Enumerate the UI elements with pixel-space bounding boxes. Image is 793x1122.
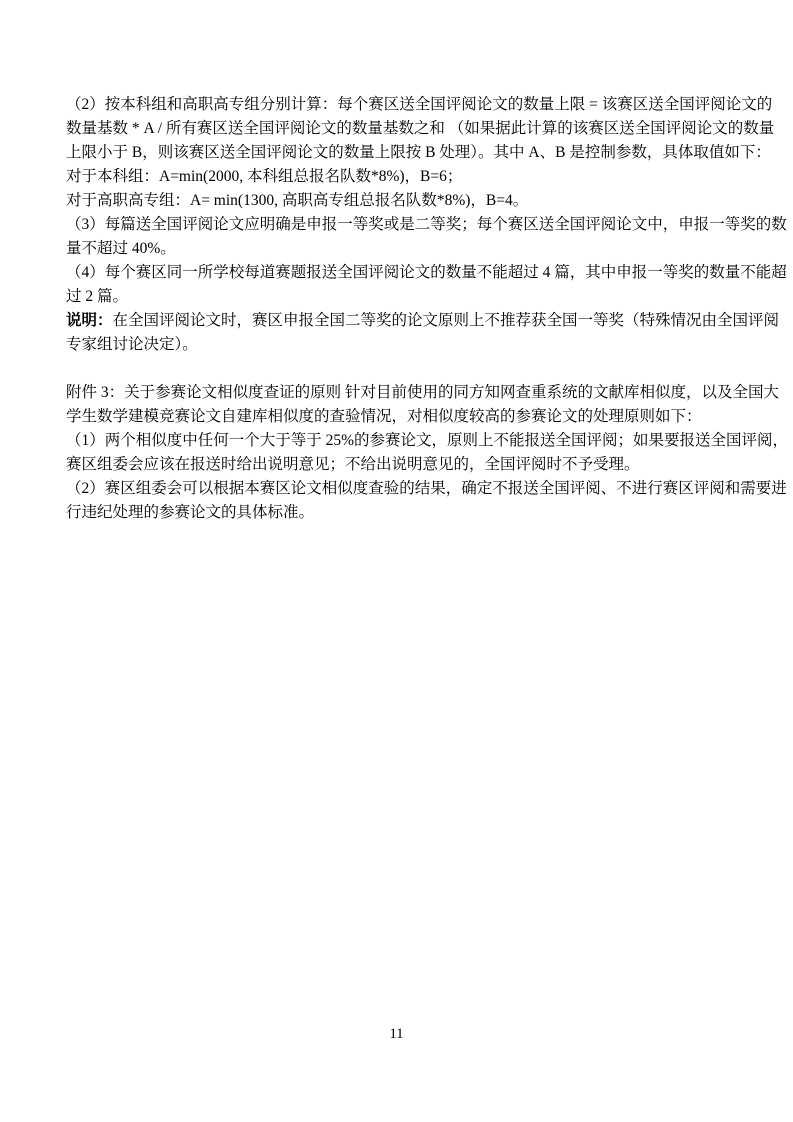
item2-line: 数量基数 * A / 所有赛区送全国评阅论文的数量基数之和 （如果据此计算的该赛… — [66, 117, 731, 141]
attachment3-line: 学生数学建模竞赛论文自建库相似度的查验情况，对相似度较高的参赛论文的处理原则如下… — [66, 405, 731, 429]
attachment3-line: 附件 3：关于参赛论文相似度查证的原则 针对目前使用的同方知网查重系统的文献库相… — [66, 381, 731, 405]
attachment3-line: 行违纪处理的参赛论文的具体标准。 — [66, 501, 731, 525]
document-body: （2）按本科组和高职高专组分别计算：每个赛区送全国评阅论文的数量上限 = 该赛区… — [66, 93, 731, 525]
blank-line — [66, 357, 731, 381]
item2-line: 对于本科组：A=min(2000, 本科组总报名队数*8%)，B=6； — [66, 165, 731, 189]
note-line: 专家组讨论决定）。 — [66, 333, 731, 357]
item2-line: （2）按本科组和高职高专组分别计算：每个赛区送全国评阅论文的数量上限 = 该赛区… — [66, 93, 731, 117]
item4-line: 过 2 篇。 — [66, 285, 731, 309]
document-page: （2）按本科组和高职高专组分别计算：每个赛区送全国评阅论文的数量上限 = 该赛区… — [0, 0, 793, 1122]
item4-line: （4）每个赛区同一所学校每道赛题报送全国评阅论文的数量不能超过 4 篇，其中申报… — [66, 261, 731, 285]
attachment3-line: （1）两个相似度中任何一个大于等于 25%的参赛论文，原则上不能报送全国评阅；如… — [66, 429, 731, 453]
note-text: 在全国评阅论文时，赛区申报全国二等奖的论文原则上不推荐获全国一等奖（特殊情况由全… — [113, 312, 780, 329]
item2-line: 上限小于 B，则该赛区送全国评阅论文的数量上限按 B 处理）。其中 A、B 是控… — [66, 141, 731, 165]
attachment3-line: 赛区组委会应该在报送时给出说明意见；不给出说明意见的，全国评阅时不予受理。 — [66, 453, 731, 477]
page-number: 11 — [0, 1024, 793, 1044]
note-line: 说明：在全国评阅论文时，赛区申报全国二等奖的论文原则上不推荐获全国一等奖（特殊情… — [66, 309, 731, 333]
item3-line: 量不超过 40%。 — [66, 237, 731, 261]
item3-line: （3）每篇送全国评阅论文应明确是申报一等奖或是二等奖；每个赛区送全国评阅论文中，… — [66, 213, 731, 237]
item2-line: 对于高职高专组：A= min(1300, 高职高专组总报名队数*8%)，B=4。 — [66, 189, 731, 213]
note-label: 说明： — [66, 312, 113, 329]
attachment3-line: （2）赛区组委会可以根据本赛区论文相似度查验的结果，确定不报送全国评阅、不进行赛… — [66, 477, 731, 501]
